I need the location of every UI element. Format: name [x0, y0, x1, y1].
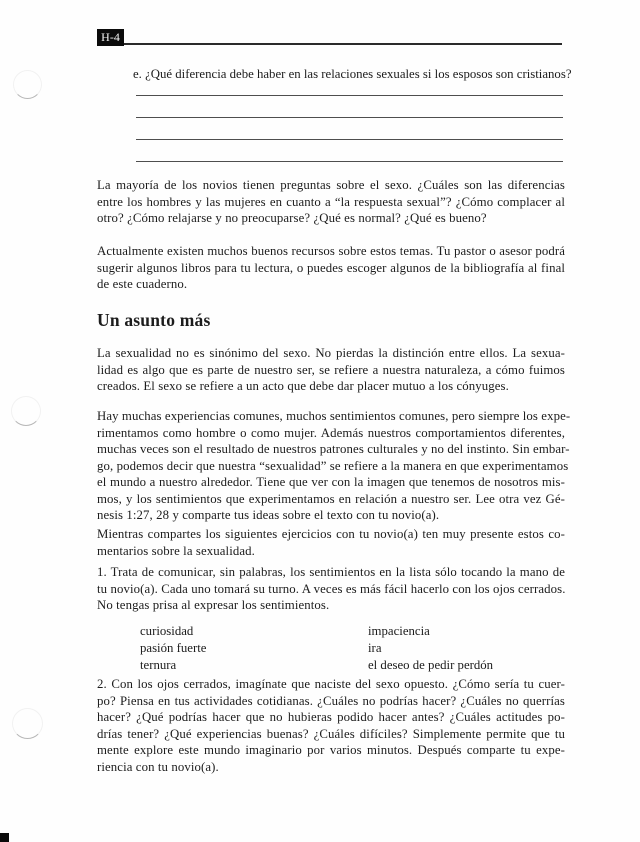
scan-corner-mark — [0, 833, 9, 842]
answer-blanks — [136, 74, 563, 162]
text-line: nesis 1:27, 28 y comparte tus ideas sobr… — [97, 507, 565, 524]
binding-hole-mark — [11, 396, 41, 426]
text-line: otro? ¿Cómo relajarse y no preocuparse? … — [97, 210, 565, 227]
answer-blank-line — [136, 74, 563, 96]
text-line: muchas veces son el resultado de nuestro… — [97, 441, 565, 458]
text-line: 1. Trata de comunicar, sin palabras, los… — [97, 564, 565, 581]
paragraph-experiencias: Hay muchas experiencias comunes, muchos … — [97, 408, 565, 524]
binding-hole-mark — [13, 70, 42, 99]
text-line: rimentamos como hombre o como mujer. Ade… — [97, 425, 565, 442]
text-line: Mientras compartes los siguientes ejerci… — [97, 526, 565, 543]
page-tag: H-4 — [97, 29, 124, 46]
feeling-item: pasión fuerte — [140, 640, 206, 657]
feeling-item: el deseo de pedir perdón — [368, 657, 493, 674]
answer-blank-line — [136, 118, 563, 140]
feelings-left-column: curiosidadpasión fuerteternura — [140, 623, 206, 674]
paragraph-mientras: Mientras compartes los siguientes ejerci… — [97, 526, 565, 559]
text-line: lidad es algo que es parte de nuestro se… — [97, 362, 565, 379]
text-line: po? Piensa en tus actividades cotidianas… — [97, 693, 565, 710]
paragraph-novios: La mayoría de los novios tienen pregunta… — [97, 177, 565, 227]
text-line: drías tener? ¿Qué experiencias buenas? ¿… — [97, 726, 565, 743]
text-line: mentarios sobre la sexualidad. — [97, 543, 565, 560]
text-line: No tengas prisa al expresar los sentimie… — [97, 597, 565, 614]
text-line: de este cuaderno. — [97, 276, 565, 293]
text-line: Hay muchas experiencias comunes, muchos … — [97, 408, 565, 425]
header-rule — [124, 43, 562, 45]
text-line: creados. El sexo se refiere a un acto qu… — [97, 378, 565, 395]
text-line: sugerir algunos libros para tu lectura, … — [97, 260, 565, 277]
feeling-item: ternura — [140, 657, 206, 674]
text-line: 2. Con los ojos cerrados, imagínate que … — [97, 676, 565, 693]
section-heading: Un asunto más — [97, 310, 210, 331]
text-line: el mundo a nuestro alrededor. Tiene que … — [97, 474, 565, 491]
feelings-right-column: impacienciairael deseo de pedir perdón — [368, 623, 493, 674]
text-line: mente explore este mundo imaginario por … — [97, 742, 565, 759]
text-line: La mayoría de los novios tienen pregunta… — [97, 177, 565, 194]
text-line: entre los hombres y las mujeres en cuant… — [97, 194, 565, 211]
text-line: hacer? ¿Qué podrías hacer que no hubiera… — [97, 709, 565, 726]
text-line: tu novio(a). Cada uno tomará su turno. A… — [97, 581, 565, 598]
scanned-workbook-page: H-4 e. ¿Qué diferencia debe haber en las… — [0, 0, 640, 842]
feeling-item: curiosidad — [140, 623, 206, 640]
text-line: Actualmente existen muchos buenos recurs… — [97, 243, 565, 260]
exercise-1-paragraph: 1. Trata de comunicar, sin palabras, los… — [97, 564, 565, 614]
paragraph-recursos: Actualmente existen muchos buenos recurs… — [97, 243, 565, 293]
text-line: riencia con tu novio(a). — [97, 759, 565, 776]
paragraph-sexualidad: La sexualidad no es sinónimo del sexo. N… — [97, 345, 565, 395]
feeling-item: ira — [368, 640, 493, 657]
exercise-2-paragraph: 2. Con los ojos cerrados, imagínate que … — [97, 676, 565, 775]
text-line: La sexualidad no es sinónimo del sexo. N… — [97, 345, 565, 362]
text-line: mos, y los sentimientos que experimentam… — [97, 491, 565, 508]
text-line: go, podemos decir que nuestra “sexualida… — [97, 458, 565, 475]
answer-blank-line — [136, 96, 563, 118]
answer-blank-line — [136, 140, 563, 162]
binding-hole-mark — [12, 708, 43, 739]
feeling-item: impaciencia — [368, 623, 493, 640]
